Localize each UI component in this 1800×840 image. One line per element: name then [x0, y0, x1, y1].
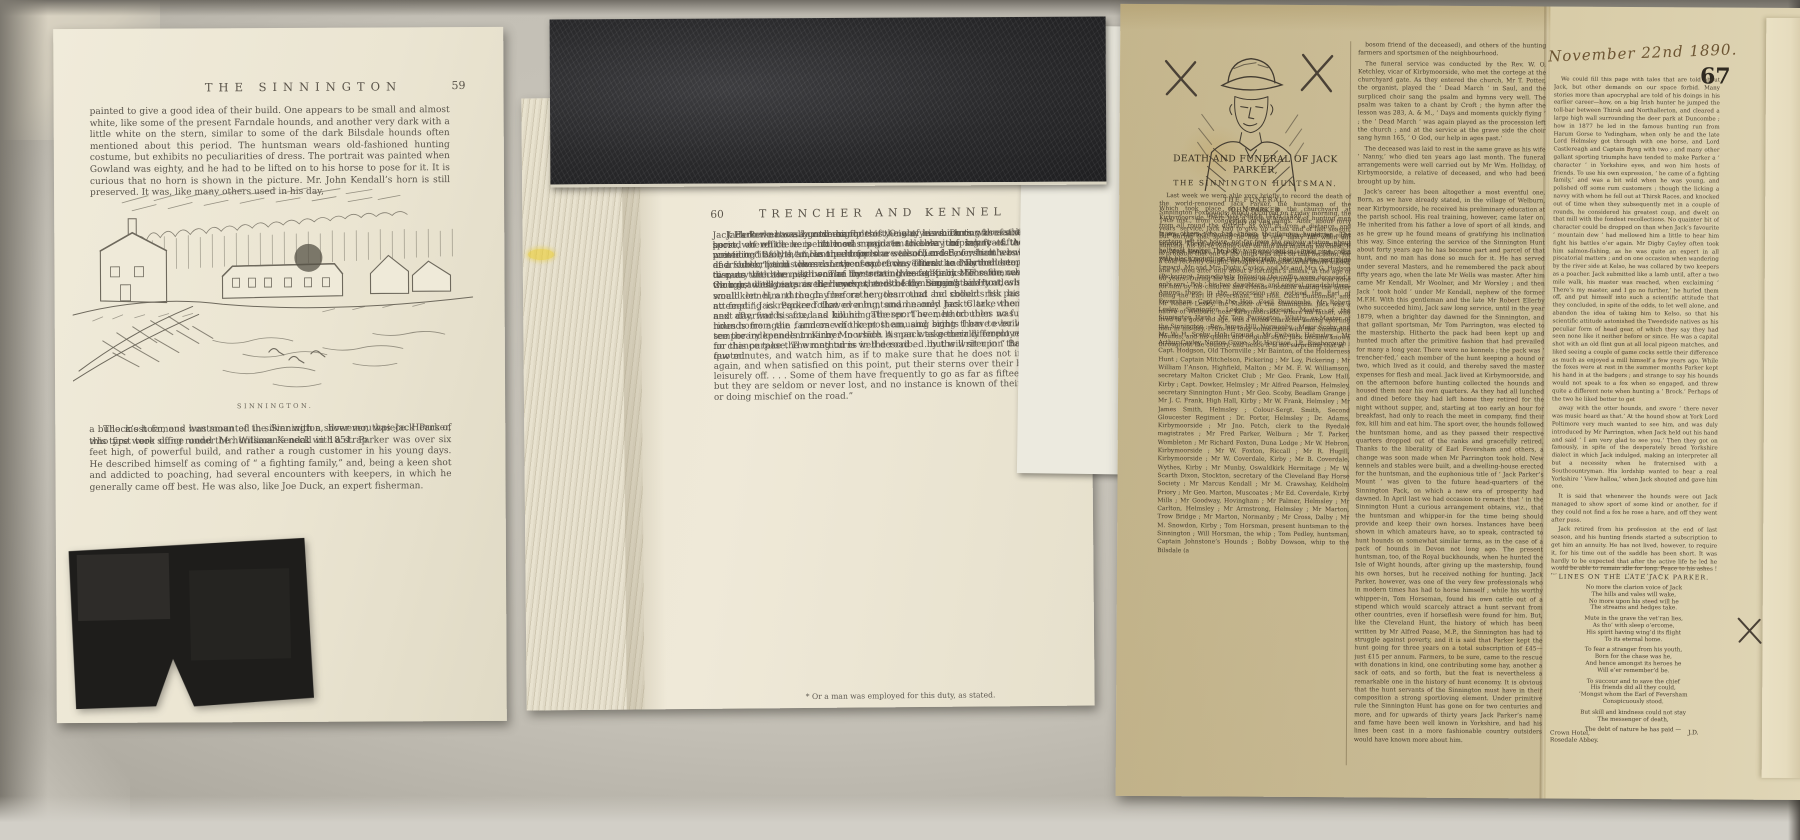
article-column-3: We could fill this page with tales that …: [1551, 77, 1720, 576]
newspaper-scrapbook-page: DEATH AND FUNERAL OF JACK PARKER, THE SI…: [1116, 4, 1800, 800]
photo-grain: [550, 17, 1107, 185]
column1-procession: It was carried from the house to the chu…: [1157, 231, 1351, 558]
x-mark: [1735, 616, 1765, 646]
article-subheadline: THE SINNINGTON HUNTSMAN.: [1155, 178, 1355, 188]
handwritten-date: November 22nd 1890.: [1548, 39, 1779, 66]
photo-edge-bottom: [0, 796, 1800, 840]
book-page-59: THE SINNINGTON 59 painted to give a good…: [53, 27, 507, 723]
village-illustration: [72, 179, 477, 397]
dark-photograph: [68, 538, 314, 713]
page-number: 60: [710, 209, 723, 221]
page-header-title: THE SINNINGTON: [173, 79, 433, 94]
photo-of-documents: THE SINNINGTON 59 painted to give a good…: [0, 0, 1800, 840]
page-header-title: TRENCHER AND KENNEL: [732, 205, 1032, 221]
page-edges-shade: [621, 97, 666, 709]
article-headline: DEATH AND FUNERAL OF JACK PARKER,: [1155, 154, 1355, 177]
body-text-bottom: a bullock’s horn, and was mounted in sil…: [89, 423, 451, 425]
article-column-1: Last week we were able very briefly to r…: [1156, 192, 1352, 779]
page-number: 59: [451, 79, 465, 92]
poem-signoff-place: Crown Hotel, Rosedale Abbey.: [1550, 731, 1660, 746]
yellow-highlight-mark: [528, 249, 554, 260]
photo-edge-left: [0, 0, 48, 840]
dark-photo-plate: [550, 17, 1107, 188]
illustration-caption: SINNINGTON.: [175, 402, 375, 411]
poem-title: LINES ON THE LATE JACK PARKER.: [1545, 572, 1723, 581]
poem-stanzas: No more the clarion voice of Jack The hi…: [1544, 584, 1723, 734]
poem-signature: J.D.: [1688, 729, 1699, 736]
article-column-2: bosom friend of the deceased), and other…: [1354, 41, 1546, 768]
body-text-top: painted to give a good idea of their bui…: [90, 105, 450, 107]
memorial-poem: LINES ON THE LATE JACK PARKER. No more t…: [1544, 572, 1723, 738]
torn-edge: [1120, 4, 1550, 33]
album-page-edge: [1762, 18, 1800, 778]
footnote: * Or a man was employed for this duty, a…: [717, 690, 1085, 702]
